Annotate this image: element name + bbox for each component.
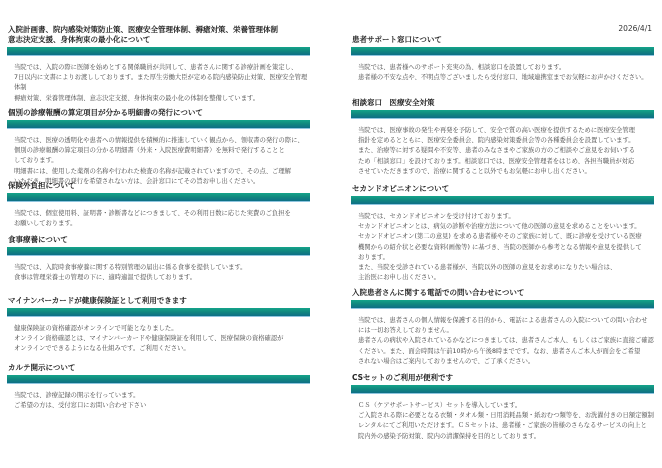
section-body: 当院では、診療記録の開示を行っています。 ご希望の方は、受付窓口にお問い合わせ下… [14, 391, 310, 411]
section-body: 当院では、入院時食事療養に関する特別管理の届出に係る食事を提供しています。 食事… [14, 263, 310, 283]
section-body: 当院では、入院の際に医師を始めとする関係職員が共同して、患者さんに関する診療計画… [14, 63, 310, 104]
section-bar [7, 193, 310, 202]
section-bar [351, 47, 654, 56]
section-itemized-receipt: 個別の診療報酬の算定項目が分かる明細書の発行について 当院では、医療の透明化や患… [8, 108, 310, 187]
section-body: 当院では、医療事故の発生や再発を予防して、安全で質の高い医療を提供するために医療… [358, 126, 654, 177]
section-body: 健康保険証の資格確認がオンラインで可能となりました。 オンライン資格確認とは、マ… [14, 324, 310, 355]
section-title: 相談窓口 医療安全対策 [352, 98, 654, 108]
section-bar [7, 247, 310, 256]
section-patient-support: 患者サポート窓口について 当院では、患者様へのサポート充実の為、相談窓口を設置し… [352, 35, 654, 83]
section-title: 入院患者さんに関する電話での問い合わせについて [352, 288, 654, 298]
section-bar [7, 120, 310, 129]
page-date: 2026/4/1 [618, 24, 652, 33]
section-body: 当院では、患者さんの個人情報を保護する目的から、電話による患者さんの入院について… [358, 316, 654, 367]
section-title: 食事療養について [8, 235, 310, 245]
section-my-number-card: マイナンバーカードが健康保険証として利用できます 健康保険証の資格確認がオンライ… [8, 296, 310, 355]
section-out-of-insurance: 保険外負担について 当院では、個室使用料、証明書・診断書などにつきまして、その利… [8, 181, 310, 229]
section-title: 患者サポート窓口について [352, 35, 654, 45]
section-title: 個別の診療報酬の算定項目が分かる明細書の発行について [8, 108, 310, 118]
section-body: 当院では、患者様へのサポート充実の為、相談窓口を設置しております。 患者様の不安… [358, 63, 654, 83]
section-bar [7, 375, 310, 384]
section-second-opinion: セカンドオピニオンについて 当院では、セカンドオピニオンを受け付けております。 … [352, 184, 654, 283]
section-meals: 食事療養について 当院では、入院時食事療養に関する特別管理の届出に係る食事を提供… [8, 235, 310, 283]
section-admission-plan: 入院計画書、院内感染対策防止策、医療安全管理体制、褥瘡対策、栄養管理体制 意志決… [8, 25, 310, 104]
section-title: CSセットのご利用が便利です [352, 373, 654, 383]
section-cs-set: CSセットのご利用が便利です ＣＳ（ケアサポートサービス）セットを導入しています… [352, 373, 654, 442]
section-body: 当院では、セカンドオピニオンを受け付けております。 セカンドオピニオンとは、病気… [358, 212, 654, 283]
section-bar [351, 300, 654, 309]
section-title: 入院計画書、院内感染対策防止策、医療安全管理体制、褥瘡対策、栄養管理体制 意志決… [8, 25, 310, 45]
section-bar [7, 308, 310, 317]
section-bar [351, 196, 654, 205]
section-bar [351, 110, 654, 119]
section-body: ＣＳ（ケアサポートサービス）セットを導入しています。 ご入院される際に必要となる… [358, 401, 654, 442]
section-medical-record-disclosure: カルテ開示について 当院では、診療記録の開示を行っています。 ご希望の方は、受付… [8, 363, 310, 411]
section-title: マイナンバーカードが健康保険証として利用できます [8, 296, 310, 306]
section-bar [351, 385, 654, 394]
section-phone-inquiries: 入院患者さんに関する電話での問い合わせについて 当院では、患者さんの個人情報を保… [352, 288, 654, 367]
section-safety-consultation: 相談窓口 医療安全対策 当院では、医療事故の発生や再発を予防して、安全で質の高い… [352, 98, 654, 177]
section-title: カルテ開示について [8, 363, 310, 373]
section-bar [7, 47, 310, 56]
section-body: 当院では、個室使用料、証明書・診断書などにつきまして、その利用日数に応じた実費の… [14, 209, 310, 229]
section-body: 当院では、医療の透明化や患者への情報提供を積極的に推進していく観点から、領収書の… [14, 136, 310, 187]
section-title: 保険外負担について [8, 181, 310, 191]
section-title: セカンドオピニオンについて [352, 184, 654, 194]
